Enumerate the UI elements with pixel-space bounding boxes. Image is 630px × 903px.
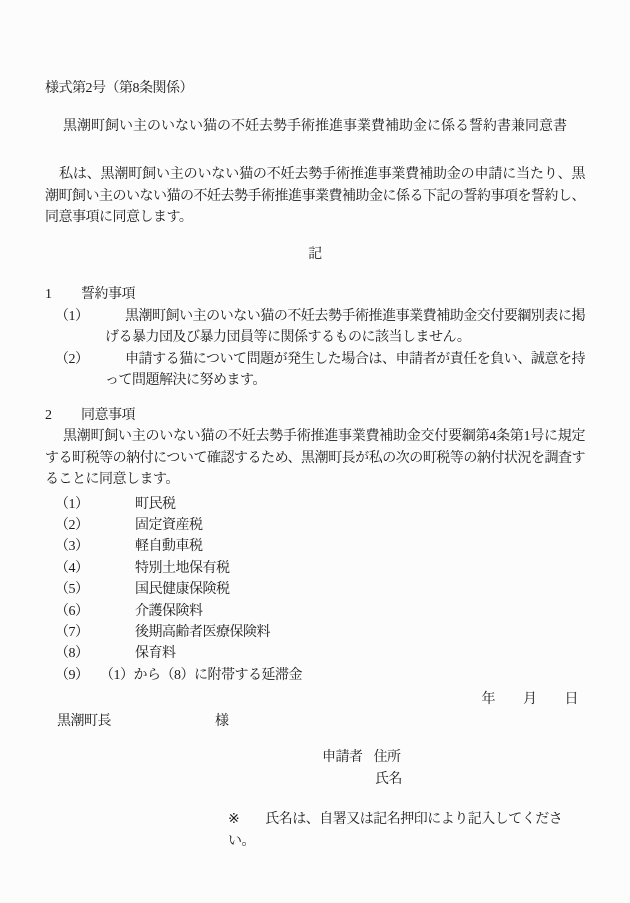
ki-label: 記 xyxy=(45,244,585,266)
pledge-item-number: （1） xyxy=(55,306,89,328)
month-label: 月 xyxy=(523,692,537,707)
note-text: 氏名は、自署又は記名押印により記入してください。 xyxy=(228,812,562,849)
consent-section-number: 2 xyxy=(45,405,81,427)
addressee-line: 黒潮町長様 xyxy=(57,711,585,733)
tax-item-number: （2） xyxy=(55,515,89,536)
tax-item: （6） 介護保険料 xyxy=(45,601,585,622)
tax-item-label: 軽自動車税 xyxy=(135,539,203,554)
tax-item-number: （4） xyxy=(55,558,89,579)
form-number: 様式第2号（第8条関係） xyxy=(45,78,585,100)
tax-item-label: （1）から（8）に附帯する延滞金 xyxy=(100,668,302,683)
intro-paragraph: 私は、黒潮町飼い主のいない猫の不妊去勢手術推進事業費補助金の申請に当たり、黒潮町… xyxy=(45,164,585,229)
day-label: 日 xyxy=(565,692,579,707)
pledge-section-heading: 1誓約事項 xyxy=(45,284,585,306)
pledge-item-text: 申請する猫について問題が発生した場合は、申請者が責任を負い、誠意を持って問題解決… xyxy=(105,349,585,392)
pledge-item: （1） 黒潮町飼い主のいない猫の不妊去勢手術推進事業費補助金交付要綱別表に掲げる… xyxy=(45,306,585,349)
pledge-item-text: 黒潮町飼い主のいない猫の不妊去勢手術推進事業費補助金交付要綱別表に掲げる暴力団及… xyxy=(105,306,585,349)
tax-item-label: 固定資産税 xyxy=(135,518,203,533)
tax-item-label: 介護保険料 xyxy=(135,604,203,619)
tax-item-number: （5） xyxy=(55,579,89,600)
note-line: ※氏名は、自署又は記名押印により記入してください。 xyxy=(228,809,585,852)
tax-item-number: （1） xyxy=(55,494,89,515)
address-label: 住所 xyxy=(374,750,401,765)
consent-body-paragraph: 黒潮町飼い主のいない猫の不妊去勢手術推進事業費補助金交付要綱第4条第1号に規定す… xyxy=(45,426,585,491)
applicant-label: 申請者 xyxy=(322,750,363,765)
applicant-address-row: 申請者住所 xyxy=(322,747,585,769)
applicant-name-row: 氏名 xyxy=(322,769,585,791)
document-page: 様式第2号（第8条関係） 黒潮町飼い主のいない猫の不妊去勢手術推進事業費補助金に… xyxy=(0,0,630,903)
tax-item-number: （6） xyxy=(55,601,89,622)
tax-item: （2） 固定資産税 xyxy=(45,515,585,536)
tax-item: （3） 軽自動車税 xyxy=(45,536,585,557)
tax-item-label: 国民健康保険税 xyxy=(135,582,230,597)
document-title: 黒潮町飼い主のいない猫の不妊去勢手術推進事業費補助金に係る誓約書兼同意書 xyxy=(45,116,585,138)
tax-item-number: （3） xyxy=(55,536,89,557)
tax-item-number: （9） xyxy=(55,665,89,686)
tax-item-label: 特別土地保有税 xyxy=(135,561,230,576)
consent-section-heading: 2同意事項 xyxy=(45,405,585,427)
tax-item: （8） 保育料 xyxy=(45,643,585,664)
name-label: 氏名 xyxy=(375,772,402,787)
year-label: 年 xyxy=(482,692,496,707)
pledge-section: 1誓約事項 （1） 黒潮町飼い主のいない猫の不妊去勢手術推進事業費補助金交付要綱… xyxy=(45,284,585,392)
consent-section-title: 同意事項 xyxy=(81,408,135,423)
applicant-block: 申請者住所 氏名 xyxy=(322,747,585,790)
tax-item: （9） （1）から（8）に附帯する延滞金 xyxy=(45,665,585,686)
tax-item-number: （8） xyxy=(55,643,89,664)
tax-item: （1） 町民税 xyxy=(45,494,585,515)
tax-item-number: （7） xyxy=(55,622,89,643)
tax-item: （7） 後期高齢者医療保険料 xyxy=(45,622,585,643)
addressee-name: 黒潮町長 xyxy=(57,714,111,729)
addressee-honorific: 様 xyxy=(215,714,229,729)
tax-item-label: 後期高齢者医療保険料 xyxy=(135,625,270,640)
tax-item-label: 保育料 xyxy=(135,646,176,661)
tax-item-label: 町民税 xyxy=(135,497,176,512)
pledge-section-number: 1 xyxy=(45,284,81,306)
pledge-item: （2） 申請する猫について問題が発生した場合は、申請者が責任を負い、誠意を持って… xyxy=(45,349,585,392)
date-line: 年月日 xyxy=(45,689,585,711)
pledge-item-number: （2） xyxy=(55,349,89,371)
tax-item: （5） 国民健康保険税 xyxy=(45,579,585,600)
tax-list: （1） 町民税 （2） 固定資産税 （3） 軽自動車税 （4） 特別土地保有税 … xyxy=(45,494,585,687)
pledge-section-title: 誓約事項 xyxy=(81,287,135,302)
note-mark: ※ xyxy=(228,812,239,827)
tax-item: （4） 特別土地保有税 xyxy=(45,558,585,579)
consent-section: 2同意事項 黒潮町飼い主のいない猫の不妊去勢手術推進事業費補助金交付要綱第4条第… xyxy=(45,405,585,687)
